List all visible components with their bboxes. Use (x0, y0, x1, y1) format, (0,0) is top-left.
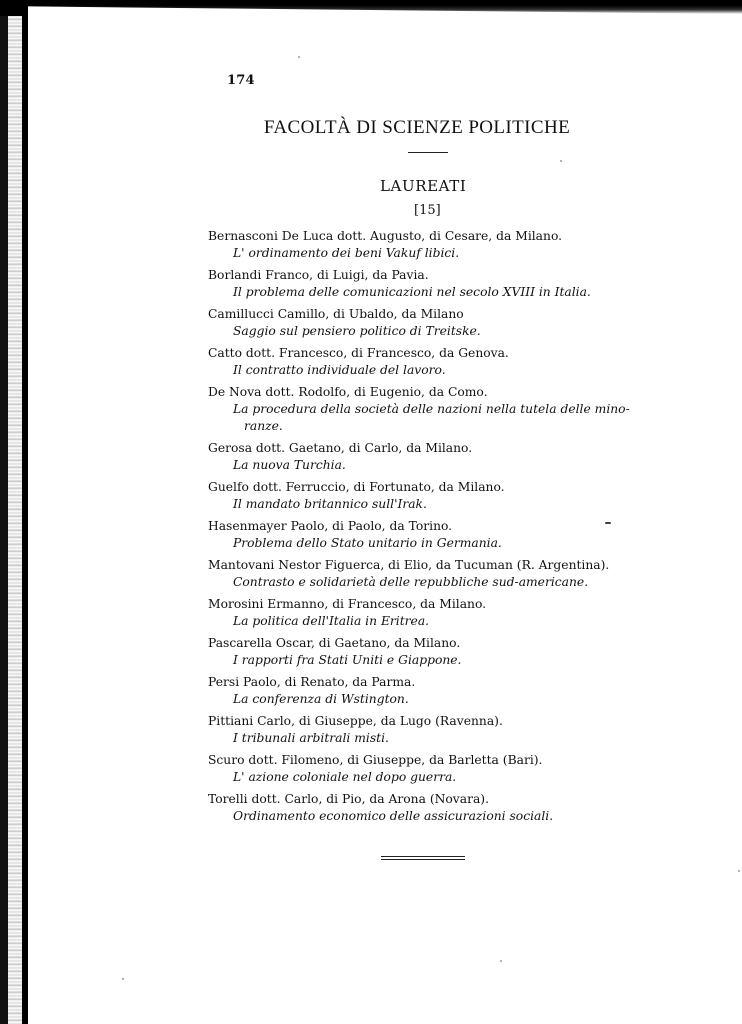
thesis-title: I rapporti fra Stati Uniti e Giappone. (208, 652, 638, 669)
graduate-name: Hasenmayer Paolo, di Paolo, da Torino. (208, 518, 638, 535)
scan-speck (298, 56, 300, 58)
list-item: Scuro dott. Filomeno, di Giuseppe, da Ba… (208, 752, 638, 786)
scan-edge-left-outer (0, 0, 8, 1024)
thesis-title-continuation: ranze. (208, 418, 638, 435)
graduate-name: Mantovani Nestor Figuerca, di Elio, da T… (208, 557, 638, 574)
scan-edge-top (20, 0, 742, 14)
list-item: Borlandi Franco, di Luigi, da Pavia. Il … (208, 267, 638, 301)
graduate-name: Borlandi Franco, di Luigi, da Pavia. (208, 267, 638, 284)
end-divider (381, 856, 465, 860)
scan-corner (0, 0, 28, 16)
scan-speck (605, 522, 611, 524)
thesis-title: La conferenza di Wstington. (208, 691, 638, 708)
graduate-name: Guelfo dott. Ferruccio, di Fortunato, da… (208, 479, 638, 496)
title-divider (408, 152, 448, 153)
thesis-title: Il mandato britannico sull'Irak. (208, 496, 638, 513)
list-item: Gerosa dott. Gaetano, di Carlo, da Milan… (208, 440, 638, 474)
list-item: Persi Paolo, di Renato, da Parma. La con… (208, 674, 638, 708)
list-item: Bernasconi De Luca dott. Augusto, di Ces… (208, 228, 638, 262)
list-item: Pittiani Carlo, di Giuseppe, da Lugo (Ra… (208, 713, 638, 747)
graduate-list: Bernasconi De Luca dott. Augusto, di Ces… (208, 228, 638, 830)
thesis-title: Il problema delle comunicazioni nel seco… (208, 284, 638, 301)
thesis-title: La politica dell'Italia in Eritrea. (208, 613, 638, 630)
graduate-name: De Nova dott. Rodolfo, di Eugenio, da Co… (208, 384, 638, 401)
graduate-name: Catto dott. Francesco, di Francesco, da … (208, 345, 638, 362)
thesis-title: La nuova Turchia. (208, 457, 638, 474)
list-item: Pascarella Oscar, di Gaetano, da Milano.… (208, 635, 638, 669)
scan-speck (500, 960, 502, 962)
thesis-title: Saggio sul pensiero politico di Treitske… (208, 323, 638, 340)
graduate-name: Gerosa dott. Gaetano, di Carlo, da Milan… (208, 440, 638, 457)
thesis-title: Il contratto individuale del lavoro. (208, 362, 638, 379)
graduate-name: Bernasconi De Luca dott. Augusto, di Ces… (208, 228, 638, 245)
list-item: Camillucci Camillo, di Ubaldo, da Milano… (208, 306, 638, 340)
scan-speck (122, 978, 124, 980)
section-title: LAUREATI (380, 177, 466, 195)
graduate-name: Torelli dott. Carlo, di Pio, da Arona (N… (208, 791, 638, 808)
list-item: Morosini Ermanno, di Francesco, da Milan… (208, 596, 638, 630)
thesis-title: Ordinamento economico delle assicurazion… (208, 808, 638, 825)
scan-edge-left-inner (22, 0, 28, 1024)
graduate-count: [15] (414, 203, 441, 218)
scan-edge-left-speckle (8, 0, 22, 1024)
graduate-name: Pascarella Oscar, di Gaetano, da Milano. (208, 635, 638, 652)
graduate-name: Scuro dott. Filomeno, di Giuseppe, da Ba… (208, 752, 638, 769)
list-item: Catto dott. Francesco, di Francesco, da … (208, 345, 638, 379)
page-number: 174 (227, 73, 255, 88)
thesis-title: L' azione coloniale nel dopo guerra. (208, 769, 638, 786)
scan-speck (560, 160, 562, 162)
thesis-title: La procedura della società delle nazioni… (208, 401, 638, 418)
graduate-name: Persi Paolo, di Renato, da Parma. (208, 674, 638, 691)
graduate-name: Morosini Ermanno, di Francesco, da Milan… (208, 596, 638, 613)
thesis-title: Contrasto e solidarietà delle repubblich… (208, 574, 638, 591)
list-item: Hasenmayer Paolo, di Paolo, da Torino. P… (208, 518, 638, 552)
list-item: Mantovani Nestor Figuerca, di Elio, da T… (208, 557, 638, 591)
list-item: De Nova dott. Rodolfo, di Eugenio, da Co… (208, 384, 638, 435)
graduate-name: Camillucci Camillo, di Ubaldo, da Milano (208, 306, 638, 323)
graduate-name: Pittiani Carlo, di Giuseppe, da Lugo (Ra… (208, 713, 638, 730)
list-item: Guelfo dott. Ferruccio, di Fortunato, da… (208, 479, 638, 513)
scan-speck (738, 870, 740, 872)
thesis-title: L' ordinamento dei beni Vakuf libici. (208, 245, 638, 262)
list-item: Torelli dott. Carlo, di Pio, da Arona (N… (208, 791, 638, 825)
faculty-title: FACOLTÀ DI SCIENZE POLITICHE (0, 117, 742, 139)
thesis-title: Problema dello Stato unitario in Germani… (208, 535, 638, 552)
thesis-title: I tribunali arbitrali misti. (208, 730, 638, 747)
